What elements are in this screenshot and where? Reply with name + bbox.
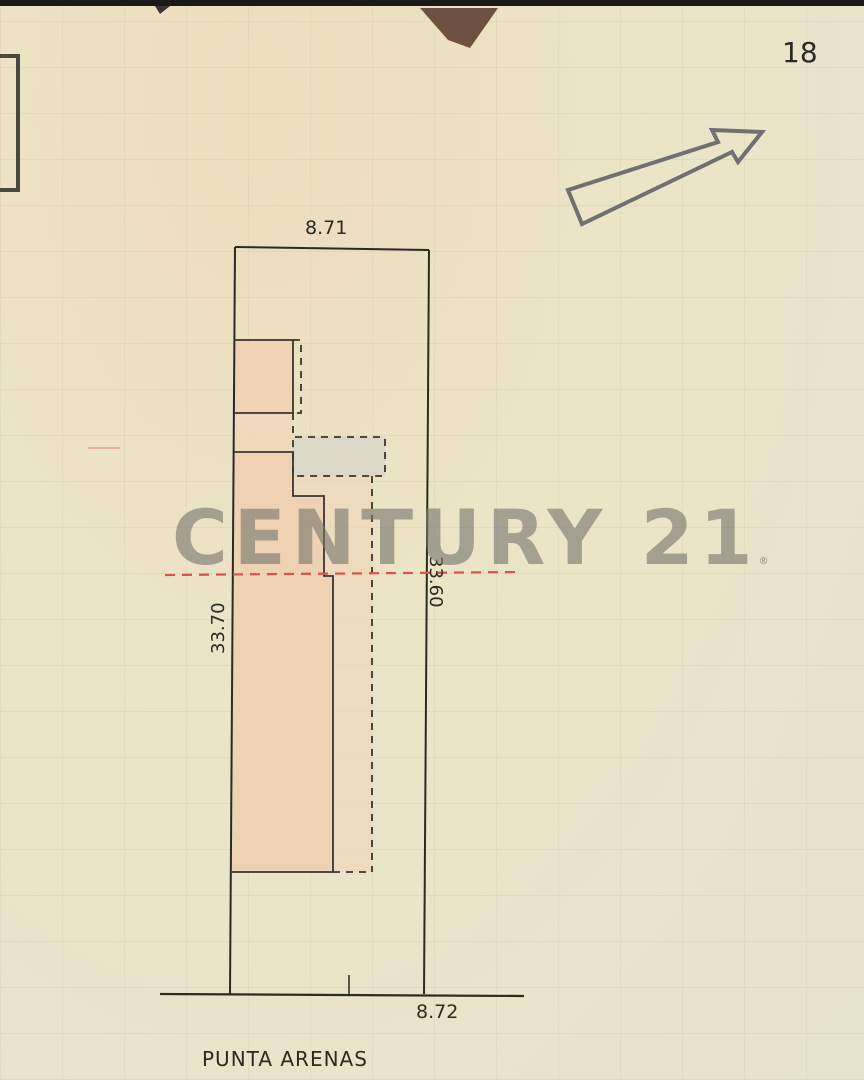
street-line <box>160 994 524 996</box>
north-arrow-icon <box>568 130 762 224</box>
registered-mark: ® <box>758 556 768 567</box>
top-width-label: 8.71 <box>305 217 347 239</box>
building-footprint <box>232 340 385 872</box>
page-number: 18 <box>782 36 818 69</box>
watermark-text: CENTURY 21 <box>172 493 758 582</box>
bottom-width-label: 8.72 <box>416 1001 458 1023</box>
century21-watermark: CENTURY 21® <box>172 500 768 576</box>
left-depth-label: 33.70 <box>208 602 229 654</box>
street-name-label: PUNTA ARENAS <box>202 1047 368 1071</box>
edge-bracket <box>0 56 18 190</box>
torn-corner <box>420 8 498 48</box>
